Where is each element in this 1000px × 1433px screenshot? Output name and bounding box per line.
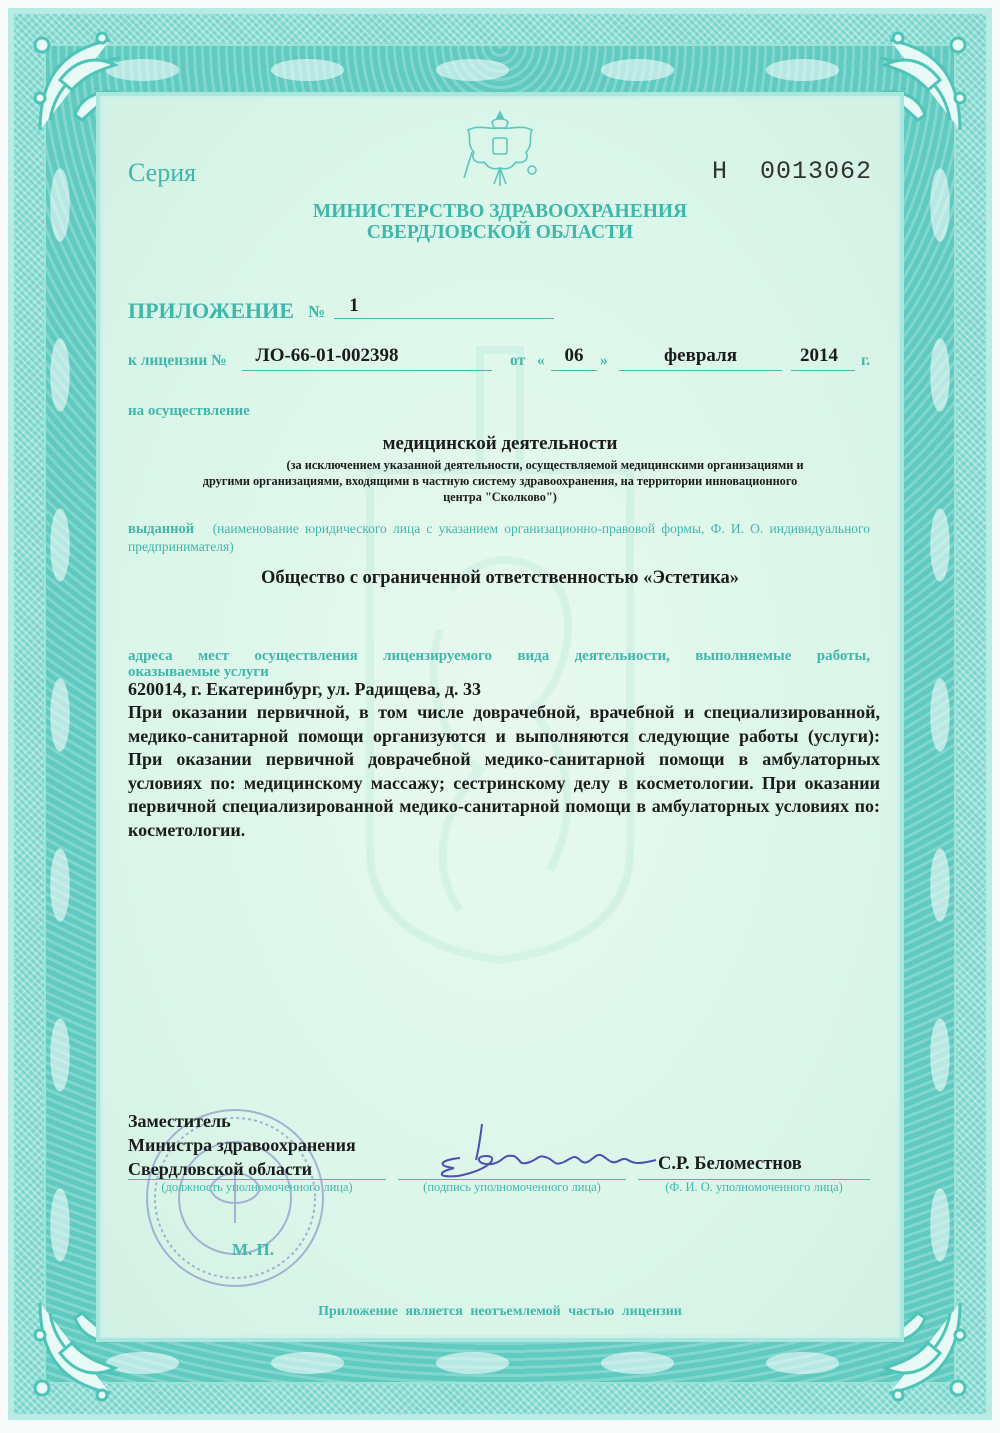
issued-to-block: выданной (наименование юридического лица… (128, 520, 870, 556)
from-label: от (510, 352, 525, 370)
name-caption: (Ф. И. О. уполномоченного лица) (638, 1180, 870, 1195)
signer-position-line2: Министра здравоохранения (128, 1133, 356, 1157)
position-caption: (должность уполномоченного лица) (128, 1180, 386, 1195)
appendix-number: 1 (334, 295, 374, 317)
services-text: При оказании первичной, в том числе довр… (128, 701, 880, 842)
license-label: к лицензии № (128, 352, 227, 370)
series-letter: Н (712, 157, 727, 186)
signature-caption: (подпись уполномоченного лица) (398, 1180, 626, 1195)
license-month: февраля (619, 345, 782, 367)
year-suffix: г. (861, 352, 870, 370)
activity-title: медицинской деятельности (200, 433, 800, 455)
organization-name: Общество с ограниченной ответственностью… (150, 568, 850, 589)
license-number: ЛО-66-01-002398 (242, 345, 412, 367)
quote-open: « (537, 352, 545, 370)
activity-note-line1: (за исключением указанной деятельности, … (140, 457, 860, 473)
signer-position: Заместитель Министра здравоохранения Све… (128, 1109, 356, 1181)
ministry-name-line2: СВЕРДЛОВСКОЙ ОБЛАСТИ (200, 222, 800, 244)
border-wave-right (920, 120, 960, 1313)
activity-note: (за исключением указанной деятельности, … (140, 457, 860, 505)
issued-label: выданной (128, 521, 194, 537)
locations-label-line1: адреса мест осуществления лицензируемого… (128, 648, 870, 664)
appendix-number-sign: № (308, 302, 325, 322)
activity-note-line3: центра "Сколково") (140, 489, 860, 505)
footer-note: Приложение является неотъемлемой частью … (200, 1304, 800, 1320)
border-wave-bottom (60, 1343, 940, 1383)
series-label: Серия (128, 158, 196, 188)
signer-position-line1: Заместитель (128, 1109, 356, 1133)
handwritten-signature (430, 1120, 660, 1182)
russian-eagle-emblem-icon (458, 108, 542, 190)
activity-for-label: на осуществление (128, 403, 250, 420)
signer-name: С.Р. Беломестнов (658, 1154, 802, 1175)
license-year: 2014 (791, 345, 847, 367)
ministry-name-line1: МИНИСТЕРСТВО ЗДРАВООХРАНЕНИЯ (200, 201, 800, 223)
series-number: 0013062 (760, 157, 872, 186)
border-wave-left (40, 120, 80, 1313)
location-address: 620014, г. Екатеринбург, ул. Радищева, д… (128, 679, 481, 700)
seal-place-label: М. П. (232, 1240, 274, 1260)
issued-hint: (наименование юридического лица с указан… (128, 521, 870, 554)
signer-position-line3: Свердловской области (128, 1157, 356, 1181)
appendix-label: ПРИЛОЖЕНИЕ (128, 298, 294, 324)
license-day: 06 (551, 345, 597, 367)
border-wave-top (60, 50, 940, 90)
quote-close: » (600, 352, 608, 370)
activity-note-line2: другими организациями, входящими в частн… (140, 473, 860, 489)
